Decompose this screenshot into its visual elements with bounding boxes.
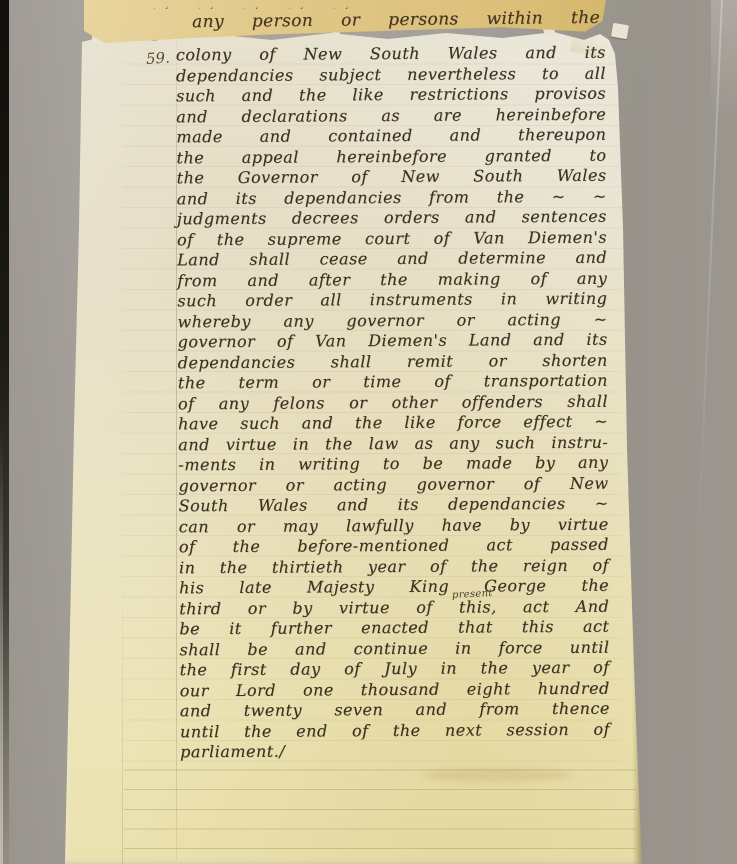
- manuscript-line: and virtue in the law as any such instru…: [178, 432, 608, 455]
- interlined-word: present: [452, 588, 493, 601]
- manuscript-line: governor of Van Diemen's Land and its: [178, 330, 608, 353]
- manuscript-line: our Lord one thousand eight hundred: [180, 678, 610, 701]
- manuscript-line: have such and the like force effect ~: [178, 412, 608, 435]
- blank-ruled-lines: [124, 751, 636, 864]
- ink-stroke: [289, 2, 304, 9]
- manuscript-line: of any felons or other offenders shall: [178, 391, 608, 414]
- ink-stroke: [244, 2, 259, 9]
- manuscript-line: -ments in writing to be made by any: [178, 453, 608, 476]
- manuscript-line: judgments decrees orders and sentences: [177, 207, 607, 230]
- manuscript-line: the term or time of transportation: [178, 371, 608, 394]
- manuscript-page: 59. colony of New South Wales and itsdep…: [62, 28, 642, 864]
- manuscript-line: and twenty seven and from thence: [180, 699, 610, 722]
- photo-background: 59. colony of New South Wales and itsdep…: [0, 0, 737, 864]
- manuscript-line: be it further enacted that this act: [179, 617, 609, 640]
- manuscript-line: the appeal hereinbefore granted to: [176, 145, 606, 168]
- page-edge-shadow: [632, 28, 642, 864]
- manuscript-line: governor or acting governor of New: [178, 473, 608, 496]
- photo-left-edge-highlight: [0, 430, 3, 864]
- manuscript-text: colony of New South Wales and itsdependa…: [176, 43, 610, 763]
- manuscript-line: such and the like restrictions provisos: [176, 84, 606, 107]
- manuscript-line: parliament./: [180, 740, 610, 763]
- manuscript-line: shall be and continue in force until: [179, 637, 609, 660]
- manuscript-line: South Wales and its dependancies ~: [179, 494, 609, 517]
- manuscript-line: made and contained and thereupon: [176, 125, 606, 148]
- previous-page-text: any person or persons within the: [192, 7, 600, 33]
- manuscript-line: dependancies shall remit or shorten: [178, 350, 608, 373]
- ink-stroke: [154, 2, 168, 9]
- manuscript-line: and its dependancies from the ~ ~: [177, 186, 607, 209]
- glass-reflection-line: [697, 0, 723, 560]
- manuscript-line: colony of New South Wales and its: [176, 43, 606, 66]
- glass-reflection-corner: [711, 0, 737, 120]
- tear-tab: [611, 23, 629, 40]
- manuscript-line: until the end of the next session of: [180, 719, 610, 742]
- vertical-crease: [122, 548, 123, 864]
- manuscript-line: of the supreme court of Van Diemen's: [177, 227, 607, 250]
- manuscript-line: his late Majesty King George the: [179, 576, 609, 599]
- margin-number: 59.: [145, 48, 176, 68]
- manuscript-line: dependancies subject nevertheless to all: [176, 63, 606, 86]
- faint-smudge: [422, 768, 572, 782]
- ink-stroke: [199, 2, 214, 9]
- manuscript-line: Land shall cease and determine and: [177, 248, 607, 271]
- manuscript-line: such order all instruments in writing: [177, 289, 607, 312]
- manuscript-line: the first day of July in the year of: [180, 658, 610, 681]
- manuscript-line: of the before-mentioned act passed: [179, 535, 609, 558]
- manuscript-line: can or may lawfully have by virtue: [179, 514, 609, 537]
- manuscript-line: third or by virtue of this, act And: [179, 596, 609, 619]
- manuscript-line: the Governor of New South Wales: [177, 166, 607, 189]
- manuscript-line: from and after the making of any: [177, 268, 607, 291]
- manuscript-line: whereby any governor or acting ~: [177, 309, 607, 332]
- manuscript-line: in the thirtieth year of the reign of: [179, 555, 609, 578]
- ink-stroke: [334, 2, 349, 9]
- manuscript-line: and declarations as are hereinbefore: [176, 104, 606, 127]
